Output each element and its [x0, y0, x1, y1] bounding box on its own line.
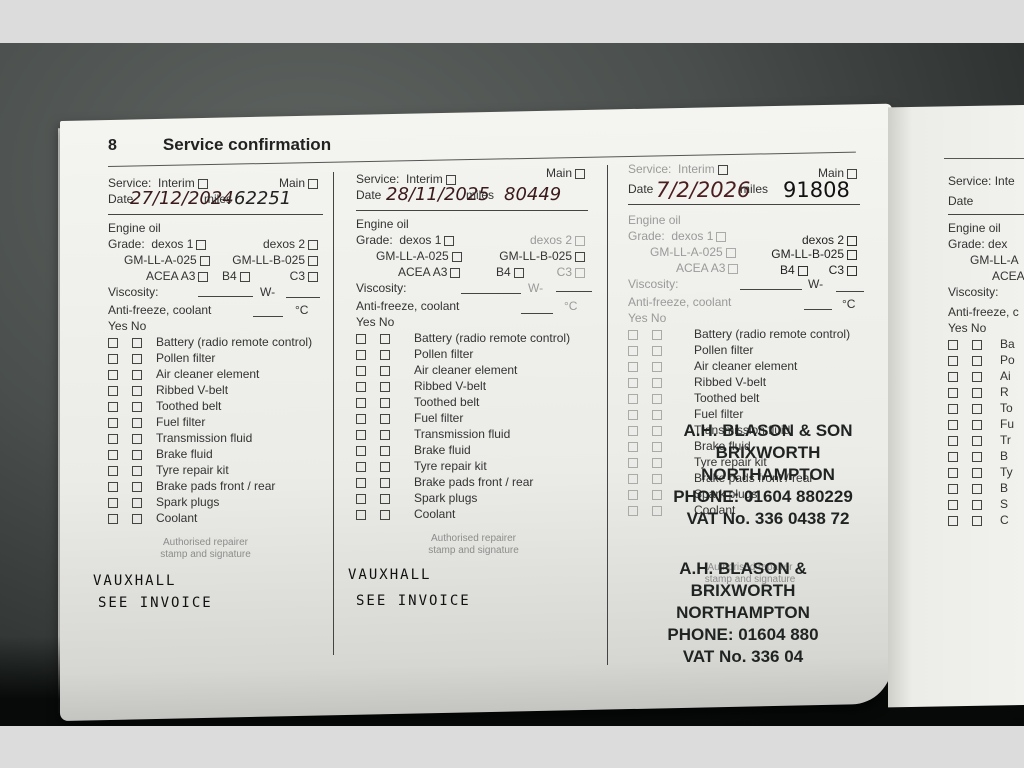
c3-checkbox[interactable] — [575, 268, 585, 278]
checklist-item-label: Coolant — [156, 511, 197, 525]
checklist-item-label: C — [1000, 513, 1009, 527]
repairer-stamp: A.H. BLASON & SON BRIXWORTH NORTHAMPTON … — [668, 420, 868, 530]
no-checkbox[interactable] — [132, 514, 142, 524]
yes-checkbox[interactable] — [628, 330, 638, 340]
checklist-row: Air cleaner element — [628, 359, 860, 375]
stamp-line: NORTHAMPTON — [668, 464, 868, 486]
yes-checkbox[interactable] — [948, 404, 958, 414]
no-checkbox[interactable] — [380, 430, 390, 440]
no-checkbox[interactable] — [652, 410, 662, 420]
dexos1-checkbox[interactable] — [444, 236, 454, 246]
checklist-row: R — [948, 385, 1024, 401]
yes-checkbox[interactable] — [628, 490, 638, 500]
yes-checkbox[interactable] — [108, 338, 118, 348]
checklist-item-label: Ai — [1000, 369, 1011, 383]
stamp-line: BRIXWORTH — [648, 580, 838, 602]
acea-label: ACEA A3 — [398, 265, 447, 279]
checklist-item-label: Brake fluid — [156, 447, 213, 461]
checklist-item-label: Air cleaner element — [694, 359, 797, 373]
viscosity-field-2[interactable] — [556, 291, 592, 292]
yes-checkbox[interactable] — [948, 516, 958, 526]
no-checkbox[interactable] — [380, 510, 390, 520]
checklist-row: Toothed belt — [628, 391, 860, 407]
checklist-row: Ribbed V-belt — [108, 383, 323, 399]
no-checkbox[interactable] — [652, 330, 662, 340]
w-label: W- — [260, 285, 275, 299]
checklist-item-label: Fu — [1000, 417, 1014, 431]
checklist-item-label: Toothed belt — [156, 399, 221, 413]
checklist-row: Tyre repair kit — [356, 459, 588, 475]
checklist-row: Battery (radio remote control) — [628, 327, 860, 343]
handwritten-note: VAUXHALL — [348, 567, 588, 583]
checklist-item-label: Pollen filter — [694, 343, 753, 357]
grade-label: Grade: — [628, 229, 665, 243]
viscosity-field[interactable] — [740, 289, 802, 290]
checklist-row: Fuel filter — [356, 411, 588, 427]
checklist-row: Ba — [948, 337, 1024, 353]
checklist-item-label: Pollen filter — [156, 351, 215, 365]
gm-b-label: GM-LL-B-025 — [232, 253, 305, 267]
no-checkbox[interactable] — [652, 458, 662, 468]
yes-checkbox[interactable] — [356, 366, 366, 376]
no-checkbox[interactable] — [972, 388, 982, 398]
checklist-row: Brake pads front / rear — [356, 475, 588, 491]
dexos1-checkbox[interactable] — [196, 240, 206, 250]
authorised-label: Authorised repairer — [148, 537, 263, 549]
grade-label: Grade: — [108, 237, 145, 251]
yes-checkbox[interactable] — [108, 354, 118, 364]
checklist-row: Tr — [948, 433, 1024, 449]
miles-label: miles — [740, 182, 768, 196]
celsius-label: °C — [295, 303, 308, 317]
yes-checkbox[interactable] — [356, 446, 366, 456]
right-page-divider — [944, 158, 1024, 159]
checklist-row: Battery (radio remote control) — [108, 335, 323, 351]
checklist-item-label: Brake fluid — [414, 443, 471, 457]
no-checkbox[interactable] — [652, 378, 662, 388]
yes-checkbox[interactable] — [108, 402, 118, 412]
yes-checkbox[interactable] — [108, 450, 118, 460]
engine-oil-label: Engine oil — [356, 217, 588, 233]
checklist-item-label: Ribbed V-belt — [694, 375, 766, 389]
c3-label: C3 — [290, 269, 305, 283]
checklist-item-label: Fuel filter — [156, 415, 205, 429]
yes-checkbox[interactable] — [628, 458, 638, 468]
no-checkbox[interactable] — [132, 402, 142, 412]
stamp-line: BRIXWORTH — [668, 442, 868, 464]
acea-checkbox[interactable] — [728, 264, 738, 274]
acea-checkbox[interactable] — [198, 272, 208, 282]
yes-checkbox[interactable] — [356, 478, 366, 488]
checklist-row: Ribbed V-belt — [356, 379, 588, 395]
checklist-item-label: Tyre repair kit — [414, 459, 487, 473]
handwritten-miles[interactable]: 80449 — [504, 184, 561, 205]
page-title: Service confirmation — [163, 135, 331, 155]
yes-checkbox[interactable] — [108, 386, 118, 396]
main-checkbox[interactable] — [575, 169, 585, 179]
no-checkbox[interactable] — [380, 414, 390, 424]
yes-checkbox[interactable] — [356, 494, 366, 504]
yes-checkbox[interactable] — [948, 340, 958, 350]
no-checkbox[interactable] — [380, 478, 390, 488]
handwritten-note: SEE INVOICE — [98, 595, 323, 611]
yes-header: Yes — [108, 319, 128, 333]
no-checkbox[interactable] — [972, 516, 982, 526]
main-checkbox[interactable] — [308, 179, 318, 189]
no-checkbox[interactable] — [972, 404, 982, 414]
antifreeze-field[interactable] — [804, 309, 832, 310]
c3-label: C3 — [829, 263, 844, 277]
checklist-row: Fuel filter — [108, 415, 323, 431]
checklist-item-label: Air cleaner element — [156, 367, 259, 381]
yes-checkbox[interactable] — [628, 394, 638, 404]
yes-checkbox[interactable] — [628, 426, 638, 436]
no-header: No — [379, 315, 394, 329]
no-checkbox[interactable] — [652, 394, 662, 404]
yes-checkbox[interactable] — [628, 362, 638, 372]
checklist-item-label: B — [1000, 449, 1008, 463]
w-label: W- — [808, 277, 823, 291]
checklist-item-label: Spark plugs — [156, 495, 219, 509]
checklist-item-label: Brake pads front / rear — [414, 475, 533, 489]
acea-label: ACEA A3 — [676, 261, 725, 275]
no-checkbox[interactable] — [652, 362, 662, 372]
no-checkbox[interactable] — [132, 386, 142, 396]
checklist-row: Ty — [948, 465, 1024, 481]
checklist-row: B — [948, 481, 1024, 497]
right-page-entry: Service: Inte Date Engine oil Grade: dex… — [948, 174, 1024, 529]
no-checkbox[interactable] — [132, 354, 142, 364]
no-checkbox[interactable] — [972, 500, 982, 510]
checklist-row: Brake pads front / rear — [108, 479, 323, 495]
gm-b-checkbox[interactable] — [847, 250, 857, 260]
antifreeze-label: Anti-freeze, coolant — [108, 303, 211, 317]
yes-checkbox[interactable] — [948, 468, 958, 478]
yes-checkbox[interactable] — [628, 474, 638, 484]
checklist-row: Fu — [948, 417, 1024, 433]
yes-checkbox[interactable] — [108, 466, 118, 476]
yes-checkbox[interactable] — [948, 484, 958, 494]
no-checkbox[interactable] — [972, 436, 982, 446]
grade-label: Grade: — [948, 237, 985, 251]
engine-oil-label: Engine oil — [628, 213, 860, 229]
b4-checkbox[interactable] — [798, 266, 808, 276]
date-label: Date — [948, 194, 1024, 215]
dexos1-label: dexos 1 — [151, 237, 193, 251]
checklist-row: To — [948, 401, 1024, 417]
checklist-item-label: S — [1000, 497, 1008, 511]
miles-label: miles — [466, 188, 494, 202]
checklist-item-label: Transmission fluid — [156, 431, 252, 445]
column-divider — [607, 165, 608, 665]
checklist-item-label: Transmission fluid — [414, 427, 510, 441]
no-checkbox[interactable] — [132, 370, 142, 380]
checklist-item-label: To — [1000, 401, 1013, 415]
checklist-row: Ai — [948, 369, 1024, 385]
stamp-signature-label: stamp and signature — [416, 545, 531, 557]
yes-checkbox[interactable] — [108, 498, 118, 508]
handwritten-date[interactable]: 7/2/2026 — [656, 178, 750, 202]
interim-checkbox[interactable] — [718, 165, 728, 175]
yes-header: Yes — [628, 311, 648, 325]
dexos1-checkbox[interactable] — [716, 232, 726, 242]
yes-checkbox[interactable] — [948, 388, 958, 398]
checklist-row: Battery (radio remote control) — [356, 331, 588, 347]
antifreeze-field[interactable] — [521, 313, 553, 314]
checklist-item-label: Tr — [1000, 433, 1011, 447]
no-checkbox[interactable] — [132, 418, 142, 428]
w-label: W- — [528, 281, 543, 295]
date-label: Date — [628, 182, 653, 196]
yes-checkbox[interactable] — [628, 346, 638, 356]
checklist-row: Pollen filter — [628, 343, 860, 359]
stamp-signature-label: stamp and signature — [148, 549, 263, 561]
checklist-row: Brake fluid — [356, 443, 588, 459]
yes-header: Yes — [356, 315, 376, 329]
stamp-line: VAT No. 336 0438 72 — [668, 508, 868, 530]
no-checkbox[interactable] — [132, 498, 142, 508]
c3-checkbox[interactable] — [308, 272, 318, 282]
viscosity-label: Viscosity: — [948, 285, 1024, 305]
viscosity-label: Viscosity: — [356, 281, 406, 295]
checklist-item-label: Ribbed V-belt — [156, 383, 228, 397]
no-checkbox[interactable] — [380, 334, 390, 344]
gm-a-checkbox[interactable] — [726, 248, 736, 258]
checklist: Battery (radio remote control)Pollen fil… — [356, 331, 588, 523]
checklist-item-label: Battery (radio remote control) — [694, 327, 850, 341]
handwritten-note: VAUXHALL — [93, 573, 323, 589]
viscosity-field[interactable] — [198, 296, 253, 297]
checklist-item-label: Toothed belt — [414, 395, 479, 409]
checklist-row: B — [948, 449, 1024, 465]
checklist-item-label: Fuel filter — [694, 407, 743, 421]
handwritten-miles[interactable]: 62251 — [234, 188, 291, 209]
c3-label: C3 — [557, 265, 572, 279]
yes-checkbox[interactable] — [108, 370, 118, 380]
grade-label: Grade: — [356, 233, 393, 247]
checklist-row: Tyre repair kit — [108, 463, 323, 479]
no-checkbox[interactable] — [132, 434, 142, 444]
dexos2-label: dexos 2 — [263, 237, 305, 251]
viscosity-field-2[interactable] — [836, 291, 864, 292]
checklist-row: Pollen filter — [108, 351, 323, 367]
acea-checkbox[interactable] — [450, 268, 460, 278]
yes-checkbox[interactable] — [356, 334, 366, 344]
no-checkbox[interactable] — [380, 366, 390, 376]
checklist-row: Spark plugs — [356, 491, 588, 507]
column-divider — [333, 172, 334, 655]
checklist-item-label: Fuel filter — [414, 411, 463, 425]
yes-checkbox[interactable] — [628, 410, 638, 420]
service-label: Service: — [948, 174, 991, 188]
checklist-row: Air cleaner element — [108, 367, 323, 383]
gm-b-checkbox[interactable] — [308, 256, 318, 266]
yes-checkbox[interactable] — [948, 372, 958, 382]
gm-a-label: GM-LL-A-025 — [124, 253, 197, 267]
yes-checkbox[interactable] — [948, 452, 958, 462]
yes-checkbox[interactable] — [628, 378, 638, 388]
yes-checkbox[interactable] — [628, 442, 638, 452]
checklist: Battery (radio remote control)Pollen fil… — [108, 335, 323, 527]
dexos1-label: dexos 1 — [399, 233, 441, 247]
yes-checkbox[interactable] — [948, 420, 958, 430]
yes-checkbox[interactable] — [948, 356, 958, 366]
yes-checkbox[interactable] — [108, 514, 118, 524]
no-checkbox[interactable] — [972, 356, 982, 366]
checklist-row: Ribbed V-belt — [628, 375, 860, 391]
yes-checkbox[interactable] — [108, 418, 118, 428]
checklist-row: Spark plugs — [108, 495, 323, 511]
yes-checkbox[interactable] — [356, 510, 366, 520]
no-checkbox[interactable] — [380, 494, 390, 504]
checklist-row: Toothed belt — [108, 399, 323, 415]
checklist-item-label: Brake pads front / rear — [156, 479, 275, 493]
engine-oil-label: Engine oil — [948, 221, 1024, 237]
checklist-row: Toothed belt — [356, 395, 588, 411]
gm-b-label: GM-LL-B-025 — [771, 247, 844, 261]
checklist-item-label: Ribbed V-belt — [414, 379, 486, 393]
engine-oil-label: Engine oil — [108, 221, 323, 237]
checklist-item-label: Battery (radio remote control) — [414, 331, 570, 345]
yes-checkbox[interactable] — [948, 436, 958, 446]
stamp-line: PHONE: 01604 880 — [648, 624, 838, 646]
no-checkbox[interactable] — [652, 442, 662, 452]
gm-a-label: GM-LL-A-025 — [650, 245, 723, 259]
checklist-item-label: Tyre repair kit — [156, 463, 229, 477]
gm-b-checkbox[interactable] — [575, 252, 585, 262]
gm-a-label: GM-LL-A-025 — [376, 249, 449, 263]
no-checkbox[interactable] — [380, 462, 390, 472]
no-header: No — [971, 321, 986, 335]
viscosity-field-2[interactable] — [286, 297, 320, 298]
yes-checkbox[interactable] — [356, 414, 366, 424]
b4-checkbox[interactable] — [240, 272, 250, 282]
b4-label: B4 — [496, 265, 511, 279]
yes-checkbox[interactable] — [356, 382, 366, 392]
yes-checkbox[interactable] — [356, 398, 366, 408]
checklist-item-label: R — [1000, 385, 1009, 399]
no-checkbox[interactable] — [380, 382, 390, 392]
page-number: 8 — [108, 137, 117, 155]
viscosity-field[interactable] — [461, 293, 521, 294]
no-checkbox[interactable] — [132, 482, 142, 492]
b4-label: B4 — [780, 263, 795, 277]
viscosity-label: Viscosity: — [108, 285, 158, 299]
checklist-item-label: Po — [1000, 353, 1015, 367]
no-checkbox[interactable] — [652, 426, 662, 436]
dexos2-checkbox[interactable] — [308, 240, 318, 250]
viscosity-label: Viscosity: — [628, 277, 678, 291]
dexos2-label: dexos 2 — [530, 233, 572, 247]
handwritten-miles[interactable]: 91808 — [783, 178, 850, 202]
antifreeze-label: Anti-freeze, coolant — [356, 299, 459, 313]
stamp-line: A.H. BLASON & SON — [668, 420, 868, 442]
yes-checkbox[interactable] — [948, 500, 958, 510]
no-checkbox[interactable] — [972, 452, 982, 462]
checklist-item-label: Battery (radio remote control) — [156, 335, 312, 349]
b4-checkbox[interactable] — [514, 268, 524, 278]
no-checkbox[interactable] — [132, 466, 142, 476]
checklist-item-label: B — [1000, 481, 1008, 495]
no-checkbox[interactable] — [132, 450, 142, 460]
checklist-row: C — [948, 513, 1024, 529]
no-checkbox[interactable] — [652, 346, 662, 356]
no-checkbox[interactable] — [972, 372, 982, 382]
yes-checkbox[interactable] — [356, 462, 366, 472]
repairer-stamp-partial: A.H. BLASON & BRIXWORTH NORTHAMPTON PHON… — [648, 558, 838, 668]
gm-b-label: GM-LL-B-025 — [499, 249, 572, 263]
no-checkbox[interactable] — [380, 446, 390, 456]
checklist-item-label: Coolant — [414, 507, 455, 521]
celsius-label: °C — [842, 297, 855, 311]
no-checkbox[interactable] — [652, 474, 662, 484]
interim-label: Interim — [678, 162, 715, 176]
no-checkbox[interactable] — [972, 340, 982, 350]
page-header: 8 Service confirmation — [108, 135, 331, 155]
antifreeze-label: Anti-freeze, c — [948, 305, 1024, 321]
antifreeze-label: Anti-freeze, coolant — [628, 295, 731, 309]
checklist-item-label: Ty — [1000, 465, 1013, 479]
yes-header: Yes — [948, 321, 968, 335]
checklist-item-label: Ba — [1000, 337, 1015, 351]
main-label: Main — [546, 166, 572, 180]
no-checkbox[interactable] — [380, 350, 390, 360]
dexos1-label: dexos 1 — [671, 229, 713, 243]
stamp-line: NORTHAMPTON — [648, 602, 838, 624]
service-label: Service: — [628, 162, 671, 176]
yes-checkbox[interactable] — [356, 350, 366, 360]
checklist-row: Transmission fluid — [356, 427, 588, 443]
antifreeze-field[interactable] — [253, 316, 283, 317]
stamp-line: PHONE: 01604 880229 — [658, 486, 868, 508]
acea-label: ACEA A3 — [146, 269, 195, 283]
checklist-row: Brake fluid — [108, 447, 323, 463]
yes-checkbox[interactable] — [356, 430, 366, 440]
no-checkbox[interactable] — [972, 468, 982, 478]
checklist-item-label: Spark plugs — [414, 491, 477, 505]
stamp-line: VAT No. 336 04 — [648, 646, 838, 668]
no-checkbox[interactable] — [972, 420, 982, 430]
c3-checkbox[interactable] — [847, 266, 857, 276]
checklist-row: Air cleaner element — [356, 363, 588, 379]
celsius-label: °C — [564, 299, 577, 313]
no-checkbox[interactable] — [972, 484, 982, 494]
gm-a-checkbox[interactable] — [200, 256, 210, 266]
dexos2-checkbox[interactable] — [575, 236, 585, 246]
stamp-line: A.H. BLASON & — [648, 558, 838, 580]
yes-checkbox[interactable] — [108, 482, 118, 492]
gm-a-checkbox[interactable] — [452, 252, 462, 262]
no-header: No — [651, 311, 666, 325]
gm-label: GM-LL-A — [948, 253, 1024, 269]
miles-label: miles — [204, 192, 232, 206]
checklist-item-label: Toothed belt — [694, 391, 759, 405]
acea-label: ACEA — [948, 269, 1024, 285]
checklist-item-label: Pollen filter — [414, 347, 473, 361]
checklist-row: Po — [948, 353, 1024, 369]
checklist-row: S — [948, 497, 1024, 513]
yes-checkbox[interactable] — [108, 434, 118, 444]
service-entry-1: Service: InterimMain Date27/12/2024miles… — [108, 176, 323, 611]
checklist-row: Coolant — [356, 507, 588, 523]
no-checkbox[interactable] — [380, 398, 390, 408]
checklist-row: Transmission fluid — [108, 431, 323, 447]
service-entry-2: Service: InterimMain Date28/11/2025miles… — [356, 172, 588, 609]
no-checkbox[interactable] — [132, 338, 142, 348]
checklist-item-label: Air cleaner element — [414, 363, 517, 377]
yes-checkbox[interactable] — [628, 506, 638, 516]
authorised-label: Authorised repairer — [416, 533, 531, 545]
